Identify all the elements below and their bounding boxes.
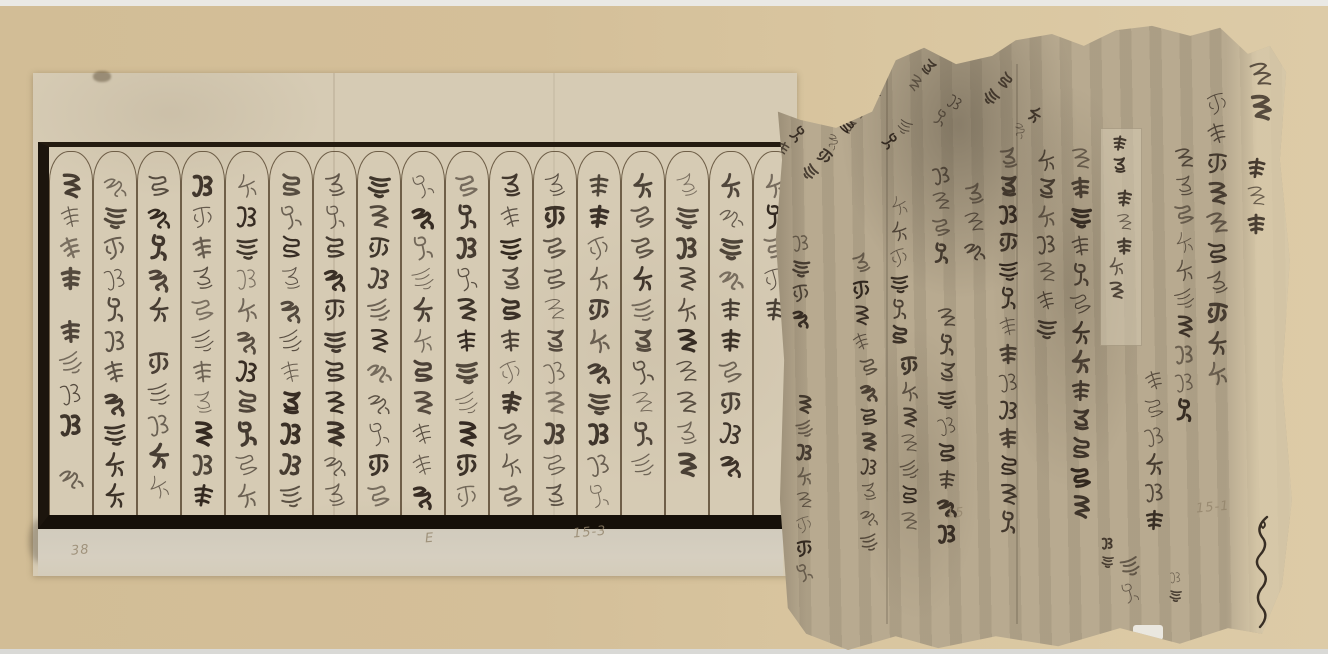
- calligraphy-glyph: [994, 200, 1022, 228]
- calligraphy-glyph: [849, 277, 875, 303]
- calligraphy-glyph: [319, 387, 350, 418]
- calligraphy-glyph: [1200, 266, 1236, 302]
- calligraphy-glyph: [584, 419, 615, 450]
- calligraphy-glyph: [539, 387, 571, 419]
- calligraphy-glyph: [493, 416, 530, 453]
- calligraphy-glyph: [451, 480, 483, 512]
- calligraphy-glyph: [142, 377, 176, 411]
- calligraphy-column: [875, 114, 917, 156]
- signature-flourish-icon: [1248, 513, 1276, 633]
- calligraphy-glyph: [935, 441, 959, 465]
- calligraphy-glyph: [1113, 187, 1135, 209]
- calligraphy-glyph: [540, 326, 569, 355]
- calligraphy-glyph: [625, 230, 660, 265]
- calligraphy-glyph: [995, 341, 1022, 368]
- calligraphy-glyph: [1200, 356, 1234, 390]
- calligraphy-glyph: [996, 174, 1022, 200]
- calligraphy-glyph: [143, 201, 175, 233]
- calligraphy-glyph: [497, 296, 525, 324]
- calligraphy-glyph: [98, 231, 133, 266]
- calligraphy-glyph: [361, 354, 397, 390]
- calligraphy-glyph: [187, 356, 219, 388]
- calligraphy-glyph: [405, 416, 441, 452]
- calligraphy-glyph: [143, 440, 174, 471]
- calligraphy-glyph: [1115, 578, 1146, 609]
- calligraphy-column: [977, 68, 1018, 112]
- letter-column: [49, 151, 93, 515]
- calligraphy-glyph: [857, 380, 881, 404]
- paper-stain: [93, 71, 111, 82]
- pencil-annotation: E: [424, 531, 434, 547]
- calligraphy-glyph: [856, 504, 882, 530]
- calligraphy-glyph: [888, 272, 911, 295]
- calligraphy-glyph: [365, 451, 394, 480]
- calligraphy-glyph: [100, 388, 129, 417]
- calligraphy-glyph: [1242, 182, 1272, 212]
- calligraphy-column: [930, 164, 953, 268]
- calligraphy-glyph: [1113, 235, 1135, 257]
- calligraphy-glyph: [537, 354, 573, 390]
- calligraphy-glyph: [99, 325, 131, 357]
- letter-column: [533, 151, 577, 515]
- right-letter-fragment: 15-115: [770, 24, 1294, 650]
- calligraphy-glyph: [55, 316, 86, 347]
- calligraphy-glyph: [713, 354, 749, 390]
- calligraphy-glyph: [493, 354, 530, 391]
- letter-column: [137, 151, 181, 515]
- calligraphy-glyph: [98, 169, 132, 203]
- calligraphy-glyph: [495, 170, 527, 202]
- calligraphy-glyph: [188, 419, 218, 449]
- calligraphy-glyph: [496, 264, 526, 294]
- calligraphy-glyph: [275, 263, 307, 295]
- calligraphy-glyph: [895, 455, 925, 485]
- calligraphy-glyph: [581, 323, 618, 360]
- calligraphy-glyph: [453, 451, 482, 480]
- calligraphy-glyph: [1200, 86, 1235, 121]
- calligraphy-column: [962, 182, 987, 266]
- calligraphy-glyph: [583, 356, 614, 387]
- calligraphy-glyph: [994, 452, 1022, 480]
- calligraphy-glyph: [100, 419, 129, 448]
- calligraphy-glyph: [277, 420, 305, 448]
- letter-column: [665, 151, 709, 515]
- calligraphy-glyph: [1068, 262, 1095, 289]
- calligraphy-glyph: [276, 388, 307, 419]
- calligraphy-glyph: [541, 203, 570, 232]
- calligraphy-glyph: [539, 480, 571, 512]
- calligraphy-glyph: [451, 325, 482, 356]
- calligraphy-glyph: [187, 201, 219, 233]
- calligraphy-glyph: [628, 171, 657, 200]
- calligraphy-glyph: [995, 509, 1023, 537]
- calligraphy-glyph: [408, 388, 438, 418]
- calligraphy-glyph: [717, 451, 745, 479]
- calligraphy-glyph: [1138, 420, 1171, 453]
- calligraphy-glyph: [1170, 396, 1198, 424]
- calligraphy-glyph: [54, 377, 89, 412]
- calligraphy-glyph: [716, 295, 745, 324]
- calligraphy-glyph: [1067, 174, 1096, 203]
- calligraphy-glyph: [188, 481, 219, 512]
- letter-frame: [38, 142, 797, 529]
- calligraphy-glyph: [1245, 92, 1277, 124]
- calligraphy-glyph: [897, 405, 921, 429]
- calligraphy-glyph: [717, 327, 745, 355]
- calligraphy-glyph: [1032, 146, 1061, 175]
- calligraphy-column: [898, 354, 921, 536]
- calligraphy-glyph: [230, 169, 265, 204]
- calligraphy-glyph: [1032, 230, 1061, 259]
- calligraphy-glyph: [1067, 493, 1095, 521]
- calligraphy-glyph: [189, 172, 218, 201]
- calligraphy-glyph: [408, 202, 438, 232]
- calligraphy-glyph: [1168, 282, 1200, 314]
- calligraphy-glyph: [101, 482, 129, 510]
- calligraphy-glyph: [846, 326, 876, 356]
- calligraphy-glyph: [584, 202, 614, 232]
- calligraphy-glyph: [896, 430, 924, 458]
- calligraphy-glyph: [318, 169, 352, 203]
- calligraphy-glyph: [857, 405, 882, 430]
- scan-edge-top: [0, 0, 1328, 6]
- calligraphy-glyph: [896, 508, 923, 535]
- calligraphy-glyph: [625, 354, 661, 390]
- calligraphy-glyph: [231, 263, 263, 295]
- letter-column: [357, 151, 401, 515]
- paper-chip: [1133, 625, 1163, 640]
- calligraphy-glyph: [405, 168, 442, 205]
- calligraphy-glyph: [53, 460, 89, 496]
- calligraphy-glyph: [584, 388, 615, 419]
- calligraphy-glyph: [788, 230, 814, 256]
- calligraphy-glyph: [713, 261, 749, 297]
- calligraphy-glyph: [788, 280, 814, 306]
- calligraphy-glyph: [1067, 203, 1096, 232]
- calligraphy-glyph: [849, 98, 874, 123]
- calligraphy-glyph: [1140, 478, 1169, 507]
- calligraphy-glyph: [141, 469, 178, 506]
- calligraphy-glyph: [538, 293, 573, 328]
- calligraphy-glyph: [496, 233, 525, 262]
- calligraphy-column: [1114, 188, 1135, 260]
- calligraphy-glyph: [276, 233, 307, 264]
- calligraphy-glyph: [406, 231, 439, 264]
- calligraphy-glyph: [364, 202, 395, 233]
- calligraphy-glyph: [98, 355, 133, 390]
- calligraphy-glyph: [934, 521, 960, 547]
- calligraphy-glyph: [186, 231, 220, 265]
- calligraphy-glyph: [538, 448, 573, 483]
- calligraphy-glyph: [450, 169, 485, 204]
- calligraphy-glyph: [583, 263, 615, 295]
- calligraphy-glyph: [405, 447, 441, 483]
- calligraphy-column: [1246, 60, 1276, 126]
- calligraphy-glyph: [857, 455, 880, 478]
- calligraphy-glyph: [669, 354, 705, 390]
- calligraphy-glyph: [495, 325, 527, 357]
- calligraphy-glyph: [1169, 367, 1199, 397]
- calligraphy-glyph: [56, 410, 87, 441]
- calligraphy-glyph: [1138, 364, 1170, 396]
- pencil-annotation: 15-3: [572, 524, 607, 542]
- calligraphy-glyph: [362, 417, 397, 452]
- calligraphy-glyph: [321, 265, 350, 294]
- calligraphy-glyph: [232, 326, 262, 356]
- pencil-annotation: 15: [945, 505, 965, 522]
- calligraphy-column: [996, 146, 1021, 538]
- calligraphy-glyph: [1167, 569, 1184, 586]
- calligraphy-glyph: [276, 450, 307, 481]
- pencil-annotation: 38: [70, 542, 90, 559]
- calligraphy-glyph: [273, 199, 308, 234]
- calligraphy-glyph: [1068, 407, 1095, 434]
- pencil-annotation: 15-1: [1195, 499, 1230, 517]
- letter-column: [577, 151, 621, 515]
- calligraphy-glyph: [1142, 508, 1167, 533]
- calligraphy-glyph: [995, 285, 1022, 312]
- calligraphy-glyph: [452, 202, 482, 232]
- calligraphy-glyph: [233, 234, 261, 262]
- calligraphy-glyph: [1242, 56, 1279, 93]
- calligraphy-glyph: [450, 262, 485, 297]
- calligraphy-column: [795, 144, 837, 187]
- calligraphy-glyph: [625, 447, 661, 483]
- calligraphy-glyph: [1169, 143, 1200, 174]
- calligraphy-glyph: [495, 387, 527, 419]
- calligraphy-glyph: [959, 235, 990, 266]
- left-letter-sheet: 38E15-3: [33, 73, 797, 576]
- calligraphy-glyph: [1200, 206, 1236, 242]
- calligraphy-glyph: [1067, 319, 1095, 347]
- calligraphy-glyph: [1200, 116, 1235, 151]
- calligraphy-glyph: [584, 295, 614, 325]
- calligraphy-glyph: [362, 293, 397, 328]
- calligraphy-glyph: [57, 172, 86, 201]
- calligraphy-glyph: [856, 479, 881, 504]
- calligraphy-column: [926, 90, 968, 133]
- calligraphy-glyph: [670, 293, 704, 327]
- calligraphy-glyph: [320, 419, 349, 448]
- calligraphy-glyph: [670, 417, 704, 451]
- calligraphy-glyph: [276, 171, 306, 201]
- calligraphy-glyph: [1068, 349, 1094, 375]
- calligraphy-glyph: [1112, 210, 1137, 235]
- calligraphy-glyph: [54, 200, 89, 235]
- calligraphy-glyph: [1243, 211, 1269, 237]
- calligraphy-glyph: [1203, 179, 1232, 208]
- calligraphy-glyph: [933, 358, 960, 385]
- calligraphy-glyph: [1099, 535, 1115, 551]
- calligraphy-glyph: [581, 447, 617, 483]
- calligraphy-glyph: [1204, 330, 1231, 357]
- calligraphy-glyph: [856, 529, 882, 555]
- calligraphy-glyph: [629, 327, 658, 356]
- calligraphy-glyph: [1169, 227, 1201, 259]
- calligraphy-glyph: [886, 218, 913, 245]
- calligraphy-column: [1172, 146, 1197, 426]
- calligraphy-glyph: [101, 296, 130, 325]
- calligraphy-glyph: [884, 242, 914, 272]
- calligraphy-glyph: [855, 353, 883, 381]
- calligraphy-glyph: [791, 415, 817, 441]
- calligraphy-glyph: [363, 170, 395, 202]
- calligraphy-glyph: [273, 323, 309, 359]
- calligraphy-glyph: [318, 479, 353, 514]
- calligraphy-glyph: [582, 479, 616, 513]
- calligraphy-glyph: [1170, 172, 1199, 201]
- calligraphy-glyph: [407, 480, 438, 511]
- calligraphy-glyph: [406, 324, 440, 358]
- calligraphy-glyph: [1139, 393, 1169, 423]
- calligraphy-glyph: [1202, 298, 1232, 328]
- calligraphy-glyph: [1105, 279, 1128, 302]
- calligraphy-glyph: [888, 298, 912, 322]
- calligraphy-glyph: [625, 385, 661, 421]
- calligraphy-glyph: [405, 261, 440, 296]
- calligraphy-glyph: [56, 264, 85, 293]
- calligraphy-glyph: [581, 230, 618, 267]
- calligraphy-glyph: [1170, 340, 1199, 369]
- calligraphy-glyph: [537, 230, 572, 265]
- calligraphy-glyph: [793, 393, 816, 416]
- calligraphy-glyph: [142, 408, 177, 443]
- calligraphy-column: [1244, 156, 1269, 240]
- calligraphy-glyph: [363, 387, 395, 419]
- calligraphy-glyph: [994, 144, 1023, 173]
- calligraphy-glyph: [1110, 156, 1130, 176]
- calligraphy-column: [900, 54, 941, 98]
- calligraphy-glyph: [1064, 287, 1098, 321]
- calligraphy-glyph: [994, 424, 1022, 452]
- calligraphy-column: [1118, 554, 1142, 608]
- sheet-lower-margin: [38, 529, 783, 576]
- calligraphy-glyph: [1032, 202, 1061, 231]
- calligraphy-glyph: [628, 419, 659, 450]
- calligraphy-glyph: [671, 201, 703, 233]
- calligraphy-glyph: [1066, 463, 1095, 492]
- manuscript-photo: 38E15-3 15-115: [0, 0, 1328, 654]
- calligraphy-glyph: [275, 480, 307, 512]
- letter-column: [313, 151, 357, 515]
- calligraphy-glyph: [1066, 231, 1097, 262]
- calligraphy-glyph: [143, 170, 175, 202]
- calligraphy-glyph: [713, 199, 749, 235]
- calligraphy-glyph: [791, 559, 819, 587]
- calligraphy-glyph: [143, 232, 174, 263]
- calligraphy-glyph: [1115, 551, 1145, 581]
- calligraphy-glyph: [362, 479, 397, 514]
- calligraphy-glyph: [995, 229, 1022, 256]
- calligraphy-glyph: [625, 199, 661, 235]
- calligraphy-glyph: [934, 332, 960, 358]
- letter-column: [709, 151, 753, 515]
- calligraphy-glyph: [232, 357, 262, 387]
- calligraphy-glyph: [849, 303, 873, 327]
- calligraphy-glyph: [935, 387, 960, 412]
- calligraphy-glyph: [887, 323, 913, 349]
- calligraphy-glyph: [895, 377, 925, 407]
- calligraphy-glyph: [672, 326, 702, 356]
- calligraphy-glyph: [993, 367, 1024, 398]
- calligraphy-glyph: [233, 203, 262, 232]
- calligraphy-column: [1110, 134, 1129, 178]
- calligraphy-glyph: [1203, 149, 1231, 177]
- calligraphy-glyph: [927, 187, 956, 216]
- calligraphy-glyph: [493, 447, 529, 483]
- calligraphy-glyph: [493, 478, 529, 514]
- calligraphy-column: [1168, 570, 1183, 606]
- letter-column: [269, 151, 313, 515]
- calligraphy-glyph: [365, 327, 393, 355]
- calligraphy-glyph: [715, 418, 747, 450]
- calligraphy-glyph: [232, 419, 263, 450]
- calligraphy-glyph: [996, 482, 1021, 507]
- calligraphy-glyph: [53, 345, 90, 382]
- calligraphy-column: [1204, 90, 1231, 390]
- calligraphy-glyph: [1243, 155, 1270, 182]
- calligraphy-glyph: [321, 327, 349, 355]
- calligraphy-glyph: [449, 385, 485, 421]
- calligraphy-glyph: [144, 264, 174, 294]
- letter-column: [621, 151, 665, 515]
- calligraphy-glyph: [1109, 133, 1130, 154]
- calligraphy-glyph: [1030, 284, 1062, 316]
- letter-column: [225, 151, 269, 515]
- calligraphy-glyph: [793, 537, 816, 560]
- calligraphy-column: [1068, 146, 1094, 523]
- letter-column: [93, 151, 137, 515]
- calligraphy-glyph: [929, 241, 954, 266]
- calligraphy-glyph: [541, 420, 569, 448]
- calligraphy-glyph: [53, 230, 90, 267]
- calligraphy-glyph: [857, 430, 880, 453]
- calligraphy-glyph: [1169, 199, 1199, 229]
- calligraphy-glyph: [897, 483, 922, 508]
- calligraphy-glyph: [897, 353, 922, 378]
- calligraphy-glyph: [276, 295, 305, 324]
- calligraphy-glyph: [935, 468, 960, 493]
- calligraphy-glyph: [1142, 452, 1167, 477]
- calligraphy-glyph: [231, 387, 263, 419]
- calligraphy-glyph: [993, 311, 1024, 342]
- calligraphy-glyph: [626, 293, 660, 327]
- calligraphy-glyph: [1170, 256, 1200, 286]
- calligraphy-column: [1142, 368, 1167, 536]
- calligraphy-glyph: [672, 233, 703, 264]
- calligraphy-glyph: [715, 232, 747, 264]
- calligraphy-glyph: [863, 83, 887, 107]
- calligraphy-glyph: [231, 480, 264, 513]
- calligraphy-glyph: [628, 264, 658, 294]
- calligraphy-column: [1005, 102, 1047, 145]
- calligraphy-glyph: [1066, 434, 1095, 463]
- calligraphy-column: [888, 194, 911, 350]
- calligraphy-column: [850, 252, 873, 356]
- calligraphy-column: [858, 356, 880, 556]
- calligraphy-glyph: [928, 214, 956, 242]
- calligraphy-glyph: [885, 191, 914, 220]
- calligraphy-glyph: [1203, 239, 1232, 268]
- calligraphy-glyph: [670, 386, 703, 419]
- calligraphy-glyph: [669, 168, 705, 204]
- calligraphy-glyph: [537, 168, 573, 204]
- calligraphy-glyph: [791, 511, 818, 538]
- column-grid: [49, 147, 797, 515]
- calligraphy-glyph: [673, 265, 702, 294]
- calligraphy-glyph: [996, 258, 1022, 284]
- calligraphy-glyph: [186, 293, 221, 328]
